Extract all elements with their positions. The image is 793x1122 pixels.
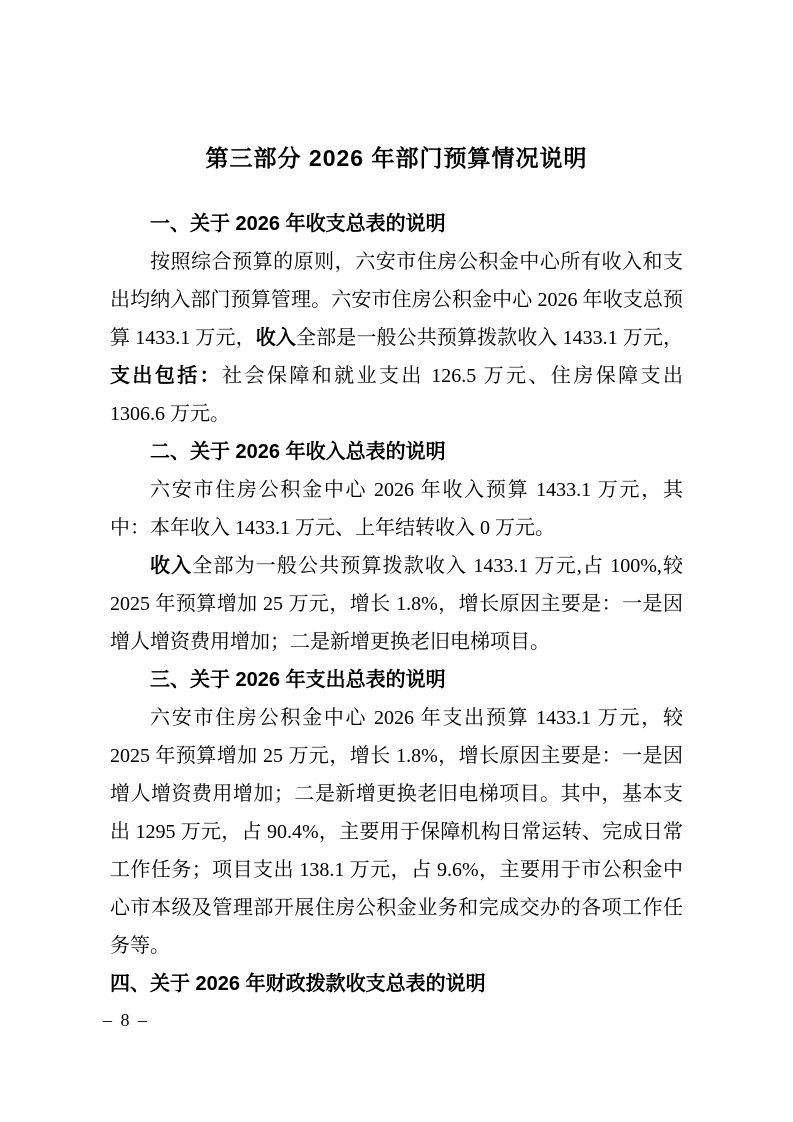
section-paragraphs: 六安市住房公积金中心 2026 年收入预算 1433.1 万元，其中：本年收入 …	[110, 471, 683, 661]
section: 二、关于 2026 年收入总表的说明 六安市住房公积金中心 2026 年收入预算…	[110, 433, 683, 661]
text-segment: 六安市住房公积金中心 2026 年收入预算 1433.1 万元，其中：本年收入 …	[110, 479, 683, 539]
document-page: 第三部分 2026 年部门预算情况说明 一、关于 2026 年收支总表的说明 按…	[0, 0, 793, 1122]
section-heading: 三、关于 2026 年支出总表的说明	[110, 661, 683, 699]
bold-text-segment: 收入	[150, 555, 192, 577]
sections: 一、关于 2026 年收支总表的说明 按照综合预算的原则，六安市住房公积金中心所…	[110, 205, 683, 1003]
paragraph: 按照综合预算的原则，六安市住房公积金中心所有收入和支出均纳入部门预算管理。六安市…	[110, 243, 683, 433]
section-heading: 二、关于 2026 年收入总表的说明	[110, 433, 683, 471]
text-segment: 六安市住房公积金中心 2026 年支出预算 1433.1 万元，较 2025 年…	[110, 707, 683, 957]
section: 三、关于 2026 年支出总表的说明 六安市住房公积金中心 2026 年支出预算…	[110, 661, 683, 965]
section-heading: 四、关于 2026 年财政拨款收支总表的说明	[110, 965, 683, 1003]
page-number: – 8 –	[103, 1008, 149, 1032]
text-segment: 全部为一般公共预算拨款收入 1433.1 万元,占 100%,较 2025 年预…	[110, 555, 683, 653]
paragraph: 六安市住房公积金中心 2026 年收入预算 1433.1 万元，其中：本年收入 …	[110, 471, 683, 547]
section-paragraphs: 按照综合预算的原则，六安市住房公积金中心所有收入和支出均纳入部门预算管理。六安市…	[110, 243, 683, 433]
page-title: 第三部分 2026 年部门预算情况说明	[110, 143, 683, 173]
section: 四、关于 2026 年财政拨款收支总表的说明	[110, 965, 683, 1003]
section-heading: 一、关于 2026 年收支总表的说明	[110, 205, 683, 243]
bold-text-segment: 支出包括：	[110, 365, 222, 387]
section-paragraphs: 六安市住房公积金中心 2026 年支出预算 1433.1 万元，较 2025 年…	[110, 699, 683, 965]
paragraph: 六安市住房公积金中心 2026 年支出预算 1433.1 万元，较 2025 年…	[110, 699, 683, 965]
bold-text-segment: 收入	[256, 327, 296, 349]
section: 一、关于 2026 年收支总表的说明 按照综合预算的原则，六安市住房公积金中心所…	[110, 205, 683, 433]
text-segment: 全部是一般公共预算拨款收入 1433.1 万元，	[296, 327, 683, 349]
paragraph: 收入全部为一般公共预算拨款收入 1433.1 万元,占 100%,较 2025 …	[110, 547, 683, 661]
